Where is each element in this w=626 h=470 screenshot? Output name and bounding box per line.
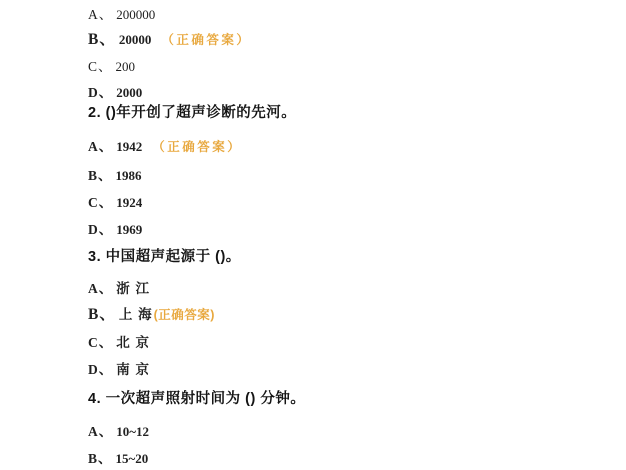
option-label: C、 bbox=[88, 59, 113, 74]
option-line-q2-d: D、1969 bbox=[88, 222, 142, 237]
option-label: A、 bbox=[88, 139, 113, 154]
option-line-q1-c: C、200 bbox=[88, 59, 135, 74]
option-line-q3-a: A、浙 江 bbox=[88, 281, 150, 296]
option-label: D、 bbox=[88, 222, 113, 237]
option-line-q1-a: A、200000 bbox=[88, 7, 155, 22]
option-line-q4-b: B、15~20 bbox=[88, 451, 148, 466]
option-label: B、 bbox=[88, 31, 116, 48]
option-label: D、 bbox=[88, 85, 113, 100]
option-text: 2000 bbox=[116, 85, 142, 100]
correct-answer-tag: （正确答案） bbox=[152, 140, 242, 154]
option-text: 1969 bbox=[116, 222, 142, 237]
option-text: 1924 bbox=[116, 195, 142, 210]
option-label: C、 bbox=[88, 195, 113, 210]
option-label: C、 bbox=[88, 335, 113, 350]
option-text: 浙 江 bbox=[116, 281, 150, 296]
option-text: 20000 bbox=[119, 32, 152, 47]
question-stem-2: 2. ()年开创了超声诊断的先河。 bbox=[88, 105, 296, 122]
option-label: A、 bbox=[88, 7, 113, 22]
option-label: B、 bbox=[88, 451, 113, 466]
option-label: B、 bbox=[88, 168, 113, 183]
option-line-q2-c: C、1924 bbox=[88, 195, 142, 210]
option-text: 1942 bbox=[116, 139, 142, 154]
option-line-q1-d: D、2000 bbox=[88, 85, 142, 100]
question-stem-4: 4. 一次超声照射时间为 () 分钟。 bbox=[88, 391, 305, 408]
option-text: 10~12 bbox=[116, 424, 149, 439]
option-text: 200000 bbox=[116, 7, 155, 22]
option-text: 200 bbox=[116, 59, 136, 74]
correct-answer-tag: (正确答案) bbox=[154, 308, 215, 322]
option-line-q2-a: A、1942（正确答案） bbox=[88, 139, 242, 155]
correct-answer-tag: （正确答案） bbox=[161, 33, 251, 47]
option-label: D、 bbox=[88, 362, 113, 377]
question-stem-3: 3. 中国超声起源于 ()。 bbox=[88, 249, 241, 266]
option-text: 上 海 bbox=[119, 307, 153, 322]
option-text: 北 京 bbox=[116, 335, 150, 350]
option-label: A、 bbox=[88, 424, 113, 439]
option-text: 南 京 bbox=[116, 362, 150, 377]
option-label: B、 bbox=[88, 306, 116, 323]
option-line-q2-b: B、1986 bbox=[88, 168, 142, 183]
option-line-q3-c: C、北 京 bbox=[88, 335, 150, 350]
option-text: 15~20 bbox=[116, 451, 149, 466]
quiz-document-page: A、200000 B、20000（正确答案） C、200 D、2000 2. (… bbox=[0, 0, 626, 470]
option-line-q1-b: B、20000（正确答案） bbox=[88, 32, 251, 48]
option-label: A、 bbox=[88, 281, 113, 296]
option-text: 1986 bbox=[116, 168, 142, 183]
option-line-q4-a: A、10~12 bbox=[88, 424, 149, 439]
option-line-q3-d: D、南 京 bbox=[88, 362, 150, 377]
option-line-q3-b: B、上 海(正确答案) bbox=[88, 307, 215, 323]
